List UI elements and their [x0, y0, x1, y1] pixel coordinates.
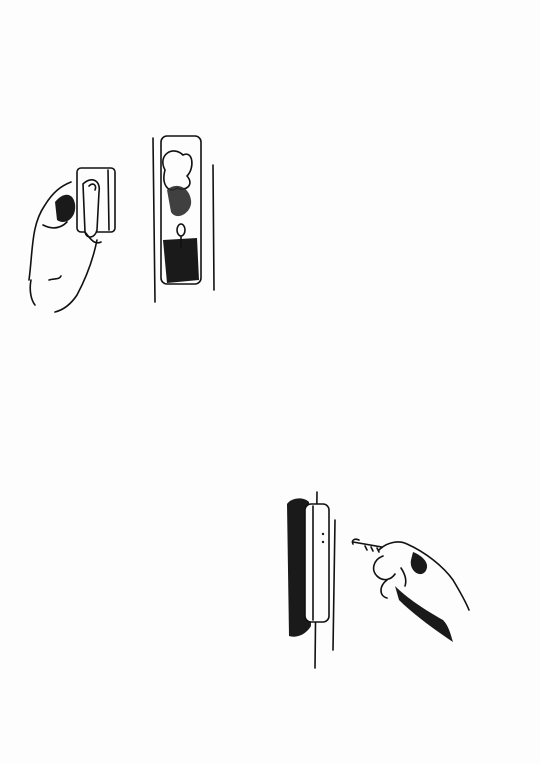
lock-plate: [161, 136, 201, 284]
door-plate: [287, 498, 329, 636]
hand-card-lock-drawing: [25, 130, 225, 315]
hand-key-plate-drawing: [275, 490, 480, 670]
hand: [29, 180, 101, 312]
door-frame-line: [153, 138, 155, 302]
illustration-hand-key-plate: [275, 490, 480, 670]
keyhole-icon: [177, 224, 185, 236]
door-edge-line: [213, 165, 214, 290]
hand: [374, 542, 469, 642]
door-edge-line: [333, 520, 335, 650]
illustration-hand-card-lock: [25, 130, 225, 315]
